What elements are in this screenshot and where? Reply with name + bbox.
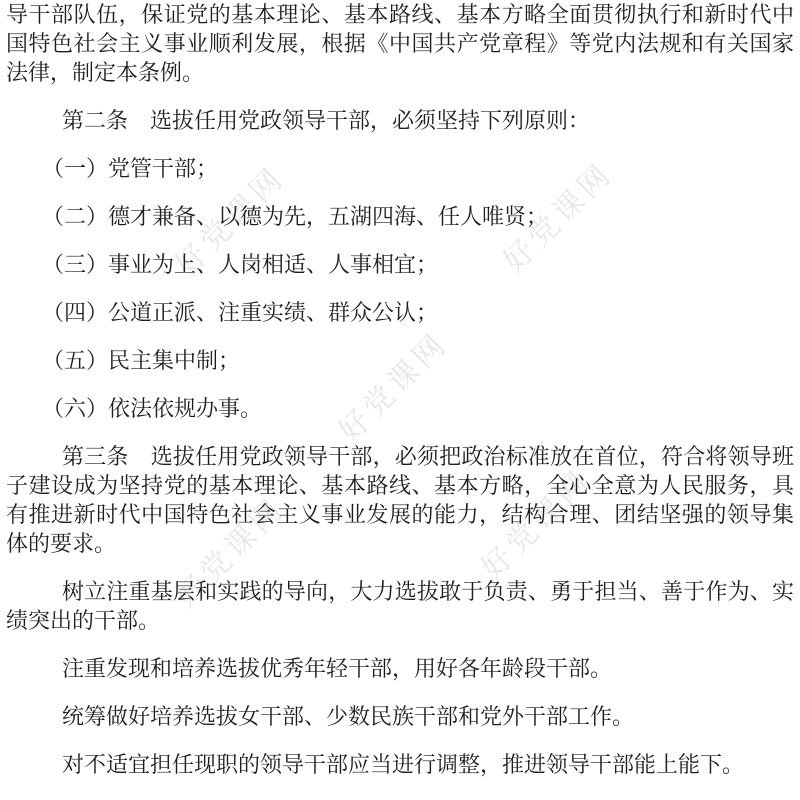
paragraph-article-2: 第二条 选拔任用党政领导干部，必须坚持下列原则： xyxy=(6,106,794,135)
list-item-5: （五）民主集中制； xyxy=(6,346,794,375)
document-body: 导干部队伍，保证党的基本理论、基本路线、基本方略全面贯彻执行和新时代中国特色社会… xyxy=(0,0,800,779)
paragraph-article-3: 第三条 选拔任用党政领导干部，必须把政治标准放在首位，符合将领导班子建设成为坚持… xyxy=(6,442,794,558)
document-page: 好党课网好党课网好党课网好党课网好党课网 导干部队伍，保证党的基本理论、基本路线… xyxy=(0,0,800,800)
paragraph-continuation: 导干部队伍，保证党的基本理论、基本路线、基本方略全面贯彻执行和新时代中国特色社会… xyxy=(6,0,794,87)
list-item-4: （四）公道正派、注重实绩、群众公认； xyxy=(6,298,794,327)
paragraph-young-cadres: 注重发现和培养选拔优秀年轻干部，用好各年龄段干部。 xyxy=(6,654,794,683)
paragraph-orientation: 树立注重基层和实践的导向，大力选拔敢于负责、勇于担当、善于作为、实绩突出的干部。 xyxy=(6,577,794,635)
list-item-2: （二）德才兼备、以德为先，五湖四海、任人唯贤； xyxy=(6,202,794,231)
paragraph-adjustment: 对不适宜担任现职的领导干部应当进行调整，推进领导干部能上能下。 xyxy=(6,750,794,779)
list-item-1: （一）党管干部； xyxy=(6,154,794,183)
list-item-6: （六）依法依规办事。 xyxy=(6,394,794,423)
paragraph-women-cadres: 统筹做好培养选拔女干部、少数民族干部和党外干部工作。 xyxy=(6,702,794,731)
list-item-3: （三）事业为上、人岗相适、人事相宜； xyxy=(6,250,794,279)
